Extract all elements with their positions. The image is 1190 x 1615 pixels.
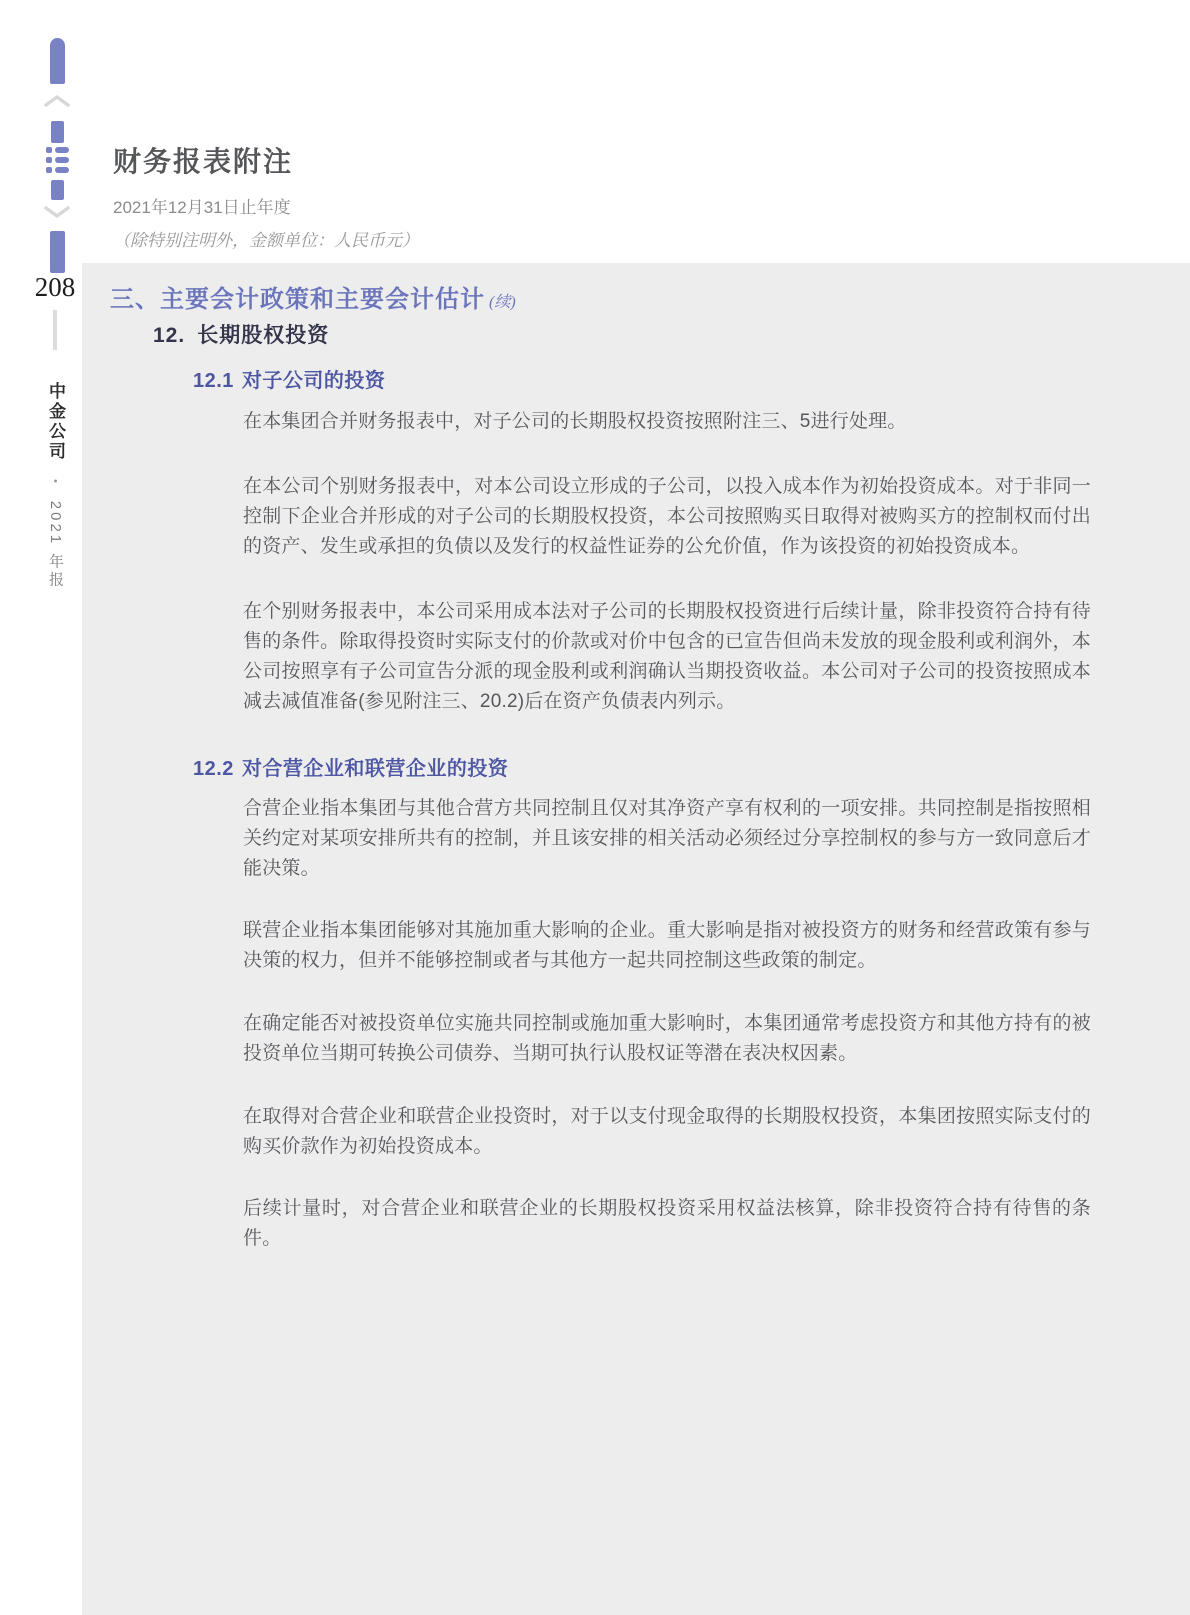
policy-paragraph: 在取得对合营企业和联营企业投资时，对于以支付现金取得的长期股权投资，本集团按照实… xyxy=(243,1102,1091,1162)
page-number-divider xyxy=(53,310,57,350)
contents-list-row xyxy=(46,157,69,163)
policy-paragraph: 在个别财务报表中，本公司采用成本法对子公司的长期股权投资进行后续计量，除非投资符… xyxy=(243,597,1091,717)
section-marker-icon xyxy=(51,180,64,200)
subsection-number: 12.1 xyxy=(193,370,234,392)
section-title: 主要会计政策和主要会计估计 xyxy=(160,286,485,313)
subsection-heading: 12.1对子公司的投资 xyxy=(193,364,385,393)
brand-separator-dot: • xyxy=(49,479,61,483)
subsection-title: 对合营企业和联营企业的投资 xyxy=(242,758,509,780)
scroll-bar-top-icon xyxy=(50,38,65,84)
policy-paragraph: 在本公司个别财务报表中，对本公司设立形成的子公司，以投入成本作为初始投资成本。对… xyxy=(243,472,1091,562)
scroll-bar-bottom-icon xyxy=(50,231,65,273)
list-dot xyxy=(46,167,52,173)
brand-year: 2021 年报 xyxy=(47,501,64,590)
item-number: 12. xyxy=(153,324,185,347)
page-number: 208 xyxy=(16,272,94,303)
subsection-heading: 12.2对合营企业和联营企业的投资 xyxy=(193,752,508,781)
document-header: 财务报表附注 2021年12月31日止年度 （除特别注明外，金额单位：人民币元） xyxy=(113,140,419,251)
chevron-up-icon xyxy=(44,93,70,109)
list-dot xyxy=(46,157,52,163)
subsection-title: 对子公司的投资 xyxy=(242,370,386,392)
policy-paragraph: 合营企业指本集团与其他合营方共同控制且仅对其净资产享有权利的一项安排。共同控制是… xyxy=(243,794,1091,884)
brand-company: 中金公司 xyxy=(46,382,65,462)
subsection-number: 12.2 xyxy=(193,758,234,780)
contents-list-icon xyxy=(46,147,69,173)
section-heading: 三、主要会计政策和主要会计估计(续) xyxy=(110,279,516,314)
policy-paragraph: 在确定能否对被投资单位实施共同控制或施加重大影响时，本集团通常考虑投资方和其他方… xyxy=(243,1009,1091,1069)
item-title: 长期股权投资 xyxy=(197,324,329,347)
policy-paragraph: 在本集团合并财务报表中，对子公司的长期股权投资按照附注三、5进行处理。 xyxy=(243,407,1091,437)
brand-vertical-text: 中金公司 • 2021 年报 xyxy=(43,382,68,589)
reporting-period: 2021年12月31日止年度 xyxy=(113,193,419,218)
section-marker-icon xyxy=(51,121,64,143)
list-line xyxy=(55,157,69,163)
policy-paragraph: 联营企业指本集团能够对其施加重大影响的企业。重大影响是指对被投资方的财务和经营政… xyxy=(243,916,1091,976)
list-dot xyxy=(46,147,52,153)
contents-list-row xyxy=(46,147,69,153)
currency-unit-note: （除特别注明外，金额单位：人民币元） xyxy=(113,226,419,251)
section-continued-tag: (续) xyxy=(489,294,516,311)
chevron-down-icon xyxy=(44,204,70,220)
item-heading: 12.长期股权投资 xyxy=(153,319,329,349)
section-number: 三、 xyxy=(110,286,160,313)
contents-list-row xyxy=(46,167,69,173)
policy-paragraph: 后续计量时，对合营企业和联营企业的长期股权投资采用权益法核算，除非投资符合持有待… xyxy=(243,1194,1091,1254)
list-line xyxy=(55,147,69,153)
list-line xyxy=(55,167,69,173)
document-title: 财务报表附注 xyxy=(113,140,419,180)
